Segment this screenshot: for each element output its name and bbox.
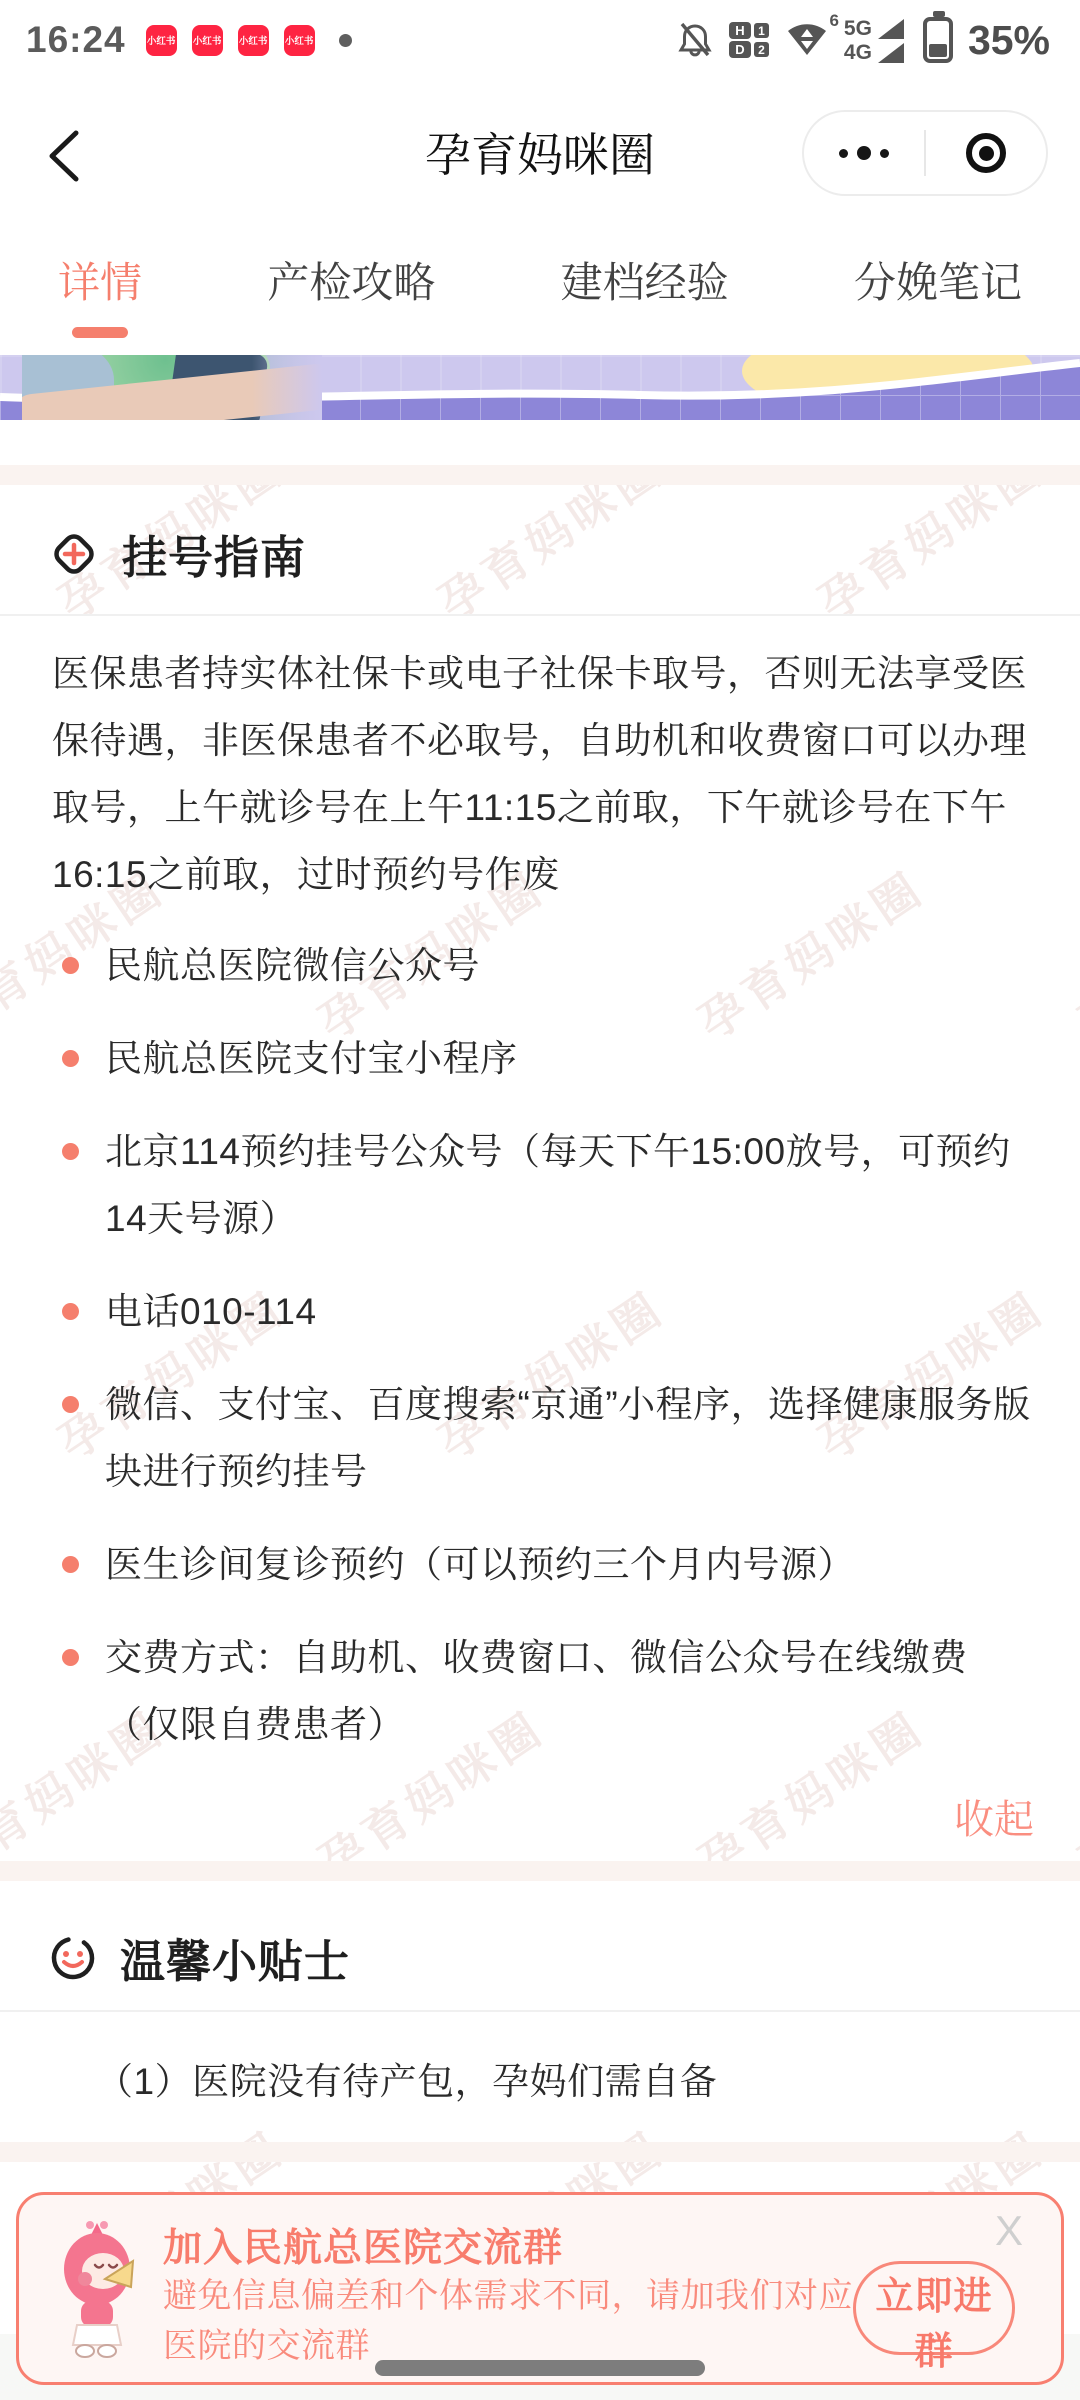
tab-prenatal-checkup[interactable]: 产检攻略 xyxy=(267,240,435,340)
guide-paragraph: 医保患者持实体社保卡或电子社保卡取号，否则无法享受医保待遇，非医保患者不必取号，… xyxy=(52,640,1034,908)
section-title: 温馨小贴士 xyxy=(120,1925,350,1990)
list-item: 北京114预约挂号公众号（每天下午15:00放号，可预约14天号源） xyxy=(52,1118,1034,1252)
registration-guide-section: 挂号指南 医保患者持实体社保卡或电子社保卡取号，否则无法享受医保待遇，非医保患者… xyxy=(0,485,1080,1861)
tips-section: 温馨小贴士 （1）医院没有待产包，孕妈们需自备 xyxy=(0,1881,1080,2142)
svg-text:H: H xyxy=(735,23,744,38)
battery-icon xyxy=(923,17,953,63)
hero-image xyxy=(0,355,1080,420)
miniprogram-capsule xyxy=(802,110,1048,196)
hd-voice-icon: H D 1 2 xyxy=(728,20,770,60)
home-indicator[interactable] xyxy=(375,2360,705,2376)
first-aid-icon xyxy=(48,528,100,580)
close-banner-button[interactable]: X xyxy=(995,2207,1023,2255)
mascot-illustration xyxy=(47,2217,147,2359)
list-item: 民航总医院微信公众号 xyxy=(52,932,1034,999)
tip-item: （1）医院没有待产包，孕妈们需自备 xyxy=(96,2052,1034,2142)
ellipsis-icon xyxy=(839,146,889,160)
smiley-icon xyxy=(48,1933,98,1983)
more-menu-button[interactable] xyxy=(804,112,924,194)
tab-detail[interactable]: 详情 xyxy=(58,240,142,340)
list-item: 医生诊间复诊预约（可以预约三个月内号源） xyxy=(52,1531,1034,1598)
bullet-dot-icon xyxy=(62,1303,79,1320)
xiaohongshu-app-icon: 小红书 xyxy=(238,25,269,56)
guide-bullet-list: 民航总医院微信公众号 民航总医院支付宝小程序 北京114预约挂号公众号（每天下午… xyxy=(52,932,1034,1758)
join-banner-title: 加入民航总医院交流群 xyxy=(163,2217,563,2273)
active-tab-underline xyxy=(72,327,128,338)
target-circle-icon xyxy=(966,133,1006,173)
tab-filing-experience[interactable]: 建档经验 xyxy=(561,240,729,340)
xiaohongshu-app-icon: 小红书 xyxy=(146,25,177,56)
section-gap xyxy=(0,2142,1080,2162)
xiaohongshu-app-icon: 小红书 xyxy=(284,25,315,56)
navigation-bar: 孕育妈咪圈 xyxy=(0,80,1080,225)
clock: 16:24 xyxy=(26,19,126,61)
list-item: 民航总医院支付宝小程序 xyxy=(52,1025,1034,1092)
svg-text:1: 1 xyxy=(758,24,765,38)
svg-text:D: D xyxy=(735,42,744,57)
bullet-dot-icon xyxy=(62,1050,79,1067)
section-title: 挂号指南 xyxy=(122,521,306,586)
bullet-dot-icon xyxy=(62,1396,79,1413)
list-item: 电话010-114 xyxy=(52,1278,1034,1345)
hero-photo xyxy=(22,355,322,420)
tab-bar: 详情 产检攻略 建档经验 分娩笔记 xyxy=(0,225,1080,355)
status-bar: 16:24 小红书 小红书 小红书 小红书 H D 1 2 xyxy=(0,0,1080,80)
bullet-dot-icon xyxy=(62,1143,79,1160)
notification-dot-icon xyxy=(339,34,352,47)
exit-miniprogram-button[interactable] xyxy=(926,112,1046,194)
svg-text:2: 2 xyxy=(758,43,765,57)
xiaohongshu-app-icon: 小红书 xyxy=(192,25,223,56)
join-group-banner: 加入民航总医院交流群 避免信息偏差和个体需求不同，请加我们对应医院的交流群 立即… xyxy=(16,2192,1064,2385)
tab-delivery-notes[interactable]: 分娩笔记 xyxy=(854,240,1022,340)
bullet-dot-icon xyxy=(62,1649,79,1666)
join-banner-description: 避免信息偏差和个体需求不同，请加我们对应医院的交流群 xyxy=(163,2271,853,2371)
join-group-button[interactable]: 立即进群 xyxy=(853,2261,1015,2355)
section-gap xyxy=(0,465,1080,485)
list-item: 交费方式：自助机、收费窗口、微信公众号在线缴费（仅限自费患者） xyxy=(52,1624,1034,1758)
collapse-link[interactable]: 收起 xyxy=(0,1784,1080,1861)
section-gap xyxy=(0,1861,1080,1881)
bell-muted-icon xyxy=(677,21,713,59)
battery-percent: 35% xyxy=(968,17,1050,64)
list-item: 微信、支付宝、百度搜索“京通”小程序，选择健康服务版块进行预约挂号 xyxy=(52,1371,1034,1505)
cellular-signal-icon: 5G 4G xyxy=(844,18,904,63)
notification-badges: 小红书 小红书 小红书 小红书 xyxy=(146,25,315,56)
bullet-dot-icon xyxy=(62,1556,79,1573)
wifi-icon: 6 xyxy=(785,19,829,62)
bullet-dot-icon xyxy=(62,957,79,974)
